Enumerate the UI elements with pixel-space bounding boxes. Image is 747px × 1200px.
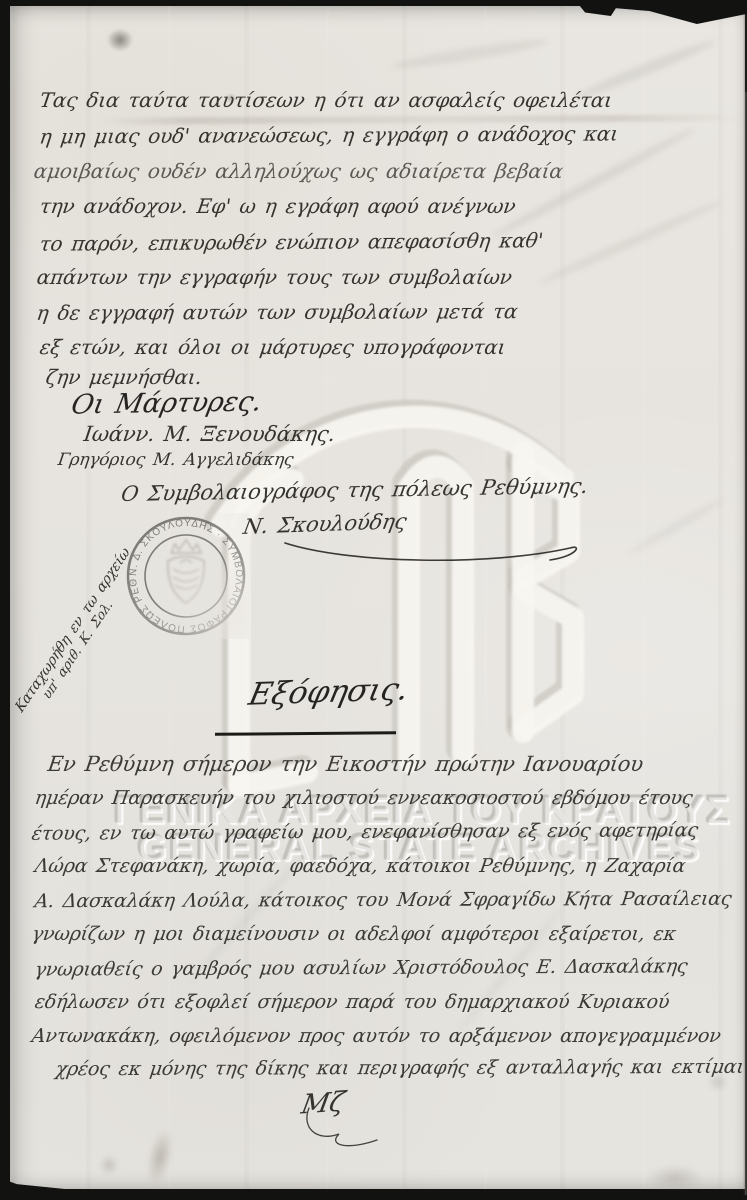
handwriting-line: Α. Δασκαλάκη Λούλα, κάτοικος του Μονά Σφ… xyxy=(33,888,733,912)
handwriting-line: Εν Ρεθύμνη σήμερον την Εικοστήν πρώτην Ι… xyxy=(46,752,644,776)
paper-crease xyxy=(743,12,747,1195)
handwriting-line: την ανάδοχον. Εφ' ω η εγράφη αφού ανέγνω… xyxy=(38,194,517,218)
handwriting-line: έτους, εν τω αυτώ γραφείω μου, ενεφανίσθ… xyxy=(30,819,699,844)
paper: ΓΕΝΙΚΑ ΑΡΧΕΙΑ ΤΟΥ ΚΡΑΤΟΥΣ GENERAL STATE … xyxy=(10,6,745,1189)
scanned-page: ΓΕΝΙΚΑ ΑΡΧΕΙΑ ΤΟΥ ΚΡΑΤΟΥΣ GENERAL STATE … xyxy=(0,0,747,1200)
bleedthrough-streak xyxy=(390,36,550,73)
stain xyxy=(638,1160,712,1196)
handwriting-line: γνωριαθείς ο γαμβρός μου ασυλίων Χριστόδ… xyxy=(33,955,689,980)
handwriting-line: Αντωνακάκη, οφειλόμενον προς αυτόν το αρ… xyxy=(30,1025,722,1047)
handwriting-line: η μη μιας ουδ' ανανεώσεως, η εγγράφη ο α… xyxy=(38,121,620,148)
handwriting-line: εξ ετών, και όλοι οι μάρτυρες υπογράφοντ… xyxy=(38,335,507,359)
bleedthrough-streak xyxy=(537,198,723,288)
signature-flourish xyxy=(200,526,600,576)
witnesses-heading: Οι Μάρτυρες. xyxy=(69,386,265,420)
handwriting-line: γνωρίζων η μοι διαμείνουσιν οι αδελφοί α… xyxy=(30,923,677,945)
handwriting-line: απάντων την εγγραφήν τους των συμβολαίων xyxy=(35,265,513,289)
bleedthrough-streak xyxy=(627,495,726,557)
witness-signature: Γρηγόριος Μ. Αγγελιδάκης xyxy=(57,450,295,470)
archives-watermark-logo xyxy=(206,389,596,789)
handwriting-line: χρέος εκ μόνης της δίκης και περιγραφής … xyxy=(54,1056,745,1080)
handwriting-line: το παρόν, επικυρωθέν ενώπιον απεφασίσθη … xyxy=(38,228,544,256)
handwriting-line: ημέραν Παρασκευήν του χιλιοστού εννεακοσ… xyxy=(33,787,693,809)
handwriting-line: αμοιβαίως ουδέν αλληλούχως ως αδιαίρετα … xyxy=(32,159,564,183)
handwriting-line: Τας δια ταύτα ταυτίσεων η ότι αν ασφαλεί… xyxy=(38,88,613,112)
handwriting-line: Λώρα Στεφανάκη, χωρία, φαεδόχα, κάτοικοι… xyxy=(33,855,686,877)
section-heading: Εξόφησις. xyxy=(246,671,412,712)
stain xyxy=(102,24,138,56)
stain xyxy=(136,1116,184,1199)
handwriting-line: εδήλωσεν ότι εξοφλεί σήμερον παρά του δη… xyxy=(33,991,670,1013)
marginal-note-line: Καταχωρήθη εν τω αρχείω xyxy=(13,544,133,716)
handwriting-line: η δε εγγραφή αυτών των συμβολαίων μετά τ… xyxy=(35,299,519,325)
witness-signature: Ιωάνν. Μ. Ξενουδάκης. xyxy=(82,422,336,446)
handwriting-line: ζην μεμνήσθαι. xyxy=(44,365,203,389)
monogram-flourish xyxy=(293,1102,423,1152)
stamp-emblem xyxy=(168,540,204,603)
stain xyxy=(96,1152,122,1178)
